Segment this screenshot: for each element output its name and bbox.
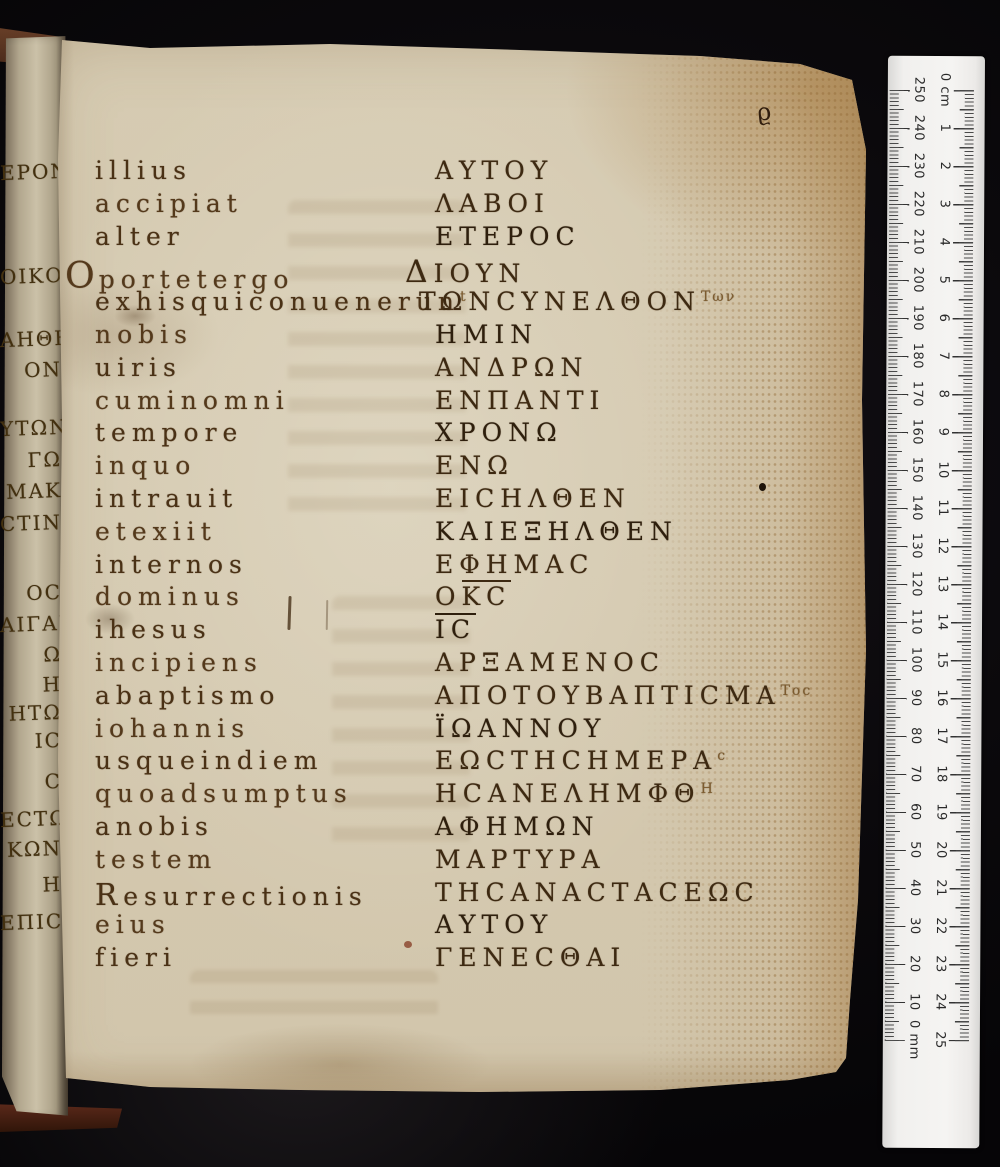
ruler-labels: 2500 cm240123022203210420051906180717081… <box>888 56 985 57</box>
ruler-mm-label: 30 <box>907 917 922 935</box>
ruler-mm-label: 100 <box>908 647 923 673</box>
ruler-mm-label: 110 <box>908 609 923 635</box>
margin-fragment: Η <box>0 672 62 698</box>
manuscript-line: UIRISΑΝΔΡΩΝ <box>95 353 835 386</box>
margin-fragment: ΑΙΓΑΡ <box>0 611 62 637</box>
ruler-mm-label: 60 <box>907 803 922 821</box>
margin-fragment: CΤΙΝ <box>0 510 62 536</box>
manuscript-line: TEMPOREΧΡΟΝΩ <box>95 418 835 451</box>
ruler-cm-label: 7 <box>936 352 951 361</box>
greek-text: ΗΜΙΝ <box>435 320 538 349</box>
manuscript-line: ACCIPIATΛΑΒΟΙ <box>95 189 835 222</box>
margin-fragment: ΟΙΚΟΥC <box>0 263 62 289</box>
ruler-cm-label: 14 <box>934 613 949 631</box>
greek-text: ΑΥΤΟΥ <box>435 910 553 939</box>
manuscript-line: ETEXIITΚΑΙΕΞΗΛΘΕΝ <box>95 517 835 550</box>
ruler-cm-label: 17 <box>934 727 949 745</box>
margin-fragment: C <box>0 769 62 795</box>
ruler-mm-label: 70 <box>908 765 923 783</box>
ruler-mm-label: 150 <box>909 457 924 483</box>
ruler-cm-label: 2 <box>937 162 952 171</box>
greek-text: ΗCΑΝΕΛΗΜΦΘΗ <box>435 779 715 808</box>
greek-text: ΑΡΞΑΜΕΝΟC <box>435 648 665 677</box>
ruler-cm-label: 13 <box>935 575 950 593</box>
greek-text: ΑΥΤΟΥ <box>435 156 553 185</box>
manuscript-line: INTRAUITΕΙCΗΛΘΕΝ <box>95 484 835 517</box>
latin-text: UIRIS <box>95 353 182 382</box>
margin-fragment: ΕCΤΩ <box>0 806 62 832</box>
ruler-cm-label: 1 <box>937 124 952 133</box>
greek-superscript: ϲ <box>717 748 727 764</box>
margin-fragment: ΥΤΩΝ <box>0 415 62 441</box>
ruler-cm-label: 21 <box>933 879 948 897</box>
margin-fragment: Η <box>0 872 62 898</box>
ruler-mm-label: 90 <box>908 689 923 707</box>
ruler-cm-label: 8 <box>936 390 951 399</box>
ruler-cm-label: 16 <box>934 689 949 707</box>
margin-fragment: ΓΩ <box>0 447 62 473</box>
ruler-cm-label: 5 <box>936 276 951 285</box>
ruler-mm-label: 210 <box>910 229 925 255</box>
margin-fragment: ΟΝ <box>0 357 62 383</box>
ruler-mm-label: 80 <box>908 727 923 745</box>
latin-text: TESTEM <box>95 845 217 874</box>
ruler-cm-label: 6 <box>936 314 951 323</box>
margin-fragment: ΜΑΚ <box>0 478 62 504</box>
latin-text: INCIPIENS <box>95 648 263 677</box>
latin-text: ALTER <box>95 222 185 251</box>
greek-superscript: Η <box>701 781 715 797</box>
manuscript-line: CUMINOMNIΕΝΠΑΝΤΙ <box>95 386 835 419</box>
manuscript-line: INTERNOSΕΦΗΜΑC <box>95 550 835 583</box>
greek-text: ΕΙCΗΛΘΕΝ <box>435 484 631 513</box>
manuscript-photograph: ΕΡΟΝΟΙΚΟΥCΑΗΘΗΝΑΟΝΥΤΩΝΓΩΜΑΚCΤΙΝΟCΑΙΓΑΡΩΗ… <box>0 0 1000 1167</box>
latin-text: IHESUS <box>95 615 212 644</box>
margin-fragment: ΗΤΩ <box>0 700 62 726</box>
margin-fragment: ΑΗΘΗΝΑ <box>0 326 62 352</box>
greek-text: ΔΙΟΥΝ <box>405 254 526 290</box>
ruler-mm-ticks-right <box>947 90 974 1041</box>
manuscript-line: NOBISΗΜΙΝ <box>95 320 835 353</box>
greek-text: ΑΝΔΡΩΝ <box>435 353 588 382</box>
margin-fragment: ΕΠΙCΚ <box>0 909 62 935</box>
greek-text: ΤΗCΑΝΑCΤΑCΕΩC <box>435 878 760 907</box>
latin-text: ABAPTISMO <box>95 681 280 710</box>
manuscript-line: FIERIΓΕΝΕCΘΑΙ <box>95 943 835 976</box>
greek-text: ΕΝΠΑΝΤΙ <box>435 386 605 415</box>
manuscript-line: DOMINUSΟΚC <box>95 582 835 615</box>
ruler-mm-label: 40 <box>907 879 922 897</box>
ruler-mm-label: 120 <box>909 571 924 597</box>
greek-text: ΜΑΡΤΥΡΑ <box>435 845 606 874</box>
latin-text: ETEXIIT <box>95 517 217 546</box>
margin-fragment: ΕΡΟΝ <box>0 159 62 185</box>
manuscript-line: RESURRECTIONISΤΗCΑΝΑCΤΑCΕΩC <box>95 878 835 911</box>
margin-fragment: ΟC <box>0 580 62 606</box>
manuscript-line: ILLIUSΑΥΤΟΥ <box>95 156 835 189</box>
manuscript-line: IOHANNISΪΩΑΝΝΟΥ <box>95 714 835 747</box>
greek-text: ΕΩCΤΗCΗΜΕΡΑϲ <box>435 746 727 775</box>
ruler-cm-label: 12 <box>935 537 950 555</box>
latin-text: CUMINOMNI <box>95 386 290 415</box>
margin-fragment: ΚΩΝ <box>0 836 62 862</box>
greek-text: ΚΑΙΕΞΗΛΘΕΝ <box>435 517 678 546</box>
ruler-mm-label: 140 <box>909 495 924 521</box>
latin-text: INTERNOS <box>95 550 248 579</box>
manuscript-line: IHESUSΙC <box>95 615 835 648</box>
ruler-cm-label: 22 <box>933 917 948 935</box>
nomen-sacrum: ΙC <box>435 613 476 644</box>
ruler-cm-label: 23 <box>933 955 948 973</box>
ruler-mm-label: 10 <box>907 993 922 1011</box>
ruler-mm-label: 250 <box>911 77 926 103</box>
manuscript-line: INCIPIENSΑΡΞΑΜΕΝΟC <box>95 648 835 681</box>
ruler-cm-label: 25 <box>932 1031 947 1049</box>
ruler-cm-label: 4 <box>937 238 952 247</box>
manuscript-line: EXHISQUICONUENERUNTΤΩΝCΥΝΕΛΘΟΝΤων <box>95 287 835 320</box>
latin-text: ACCIPIAT <box>95 189 243 218</box>
margin-fragment: ΙC <box>0 728 62 754</box>
manuscript-line: TESTEMΜΑΡΤΥΡΑ <box>95 845 835 878</box>
ruler-cm-label: 3 <box>937 200 952 209</box>
latin-text: INQUO <box>95 451 196 480</box>
margin-fragment: Ω <box>0 642 62 668</box>
ruler-cm-label: 24 <box>933 993 948 1011</box>
manuscript-line: ABAPTISMOΑΠΟΤΟΥΒΑΠΤΙCΜΑΤοϲ <box>95 681 835 714</box>
ruler-cm-label: 0 cm <box>937 73 952 107</box>
ruler-mm-label: 240 <box>911 115 926 141</box>
greek-text: ΕΤΕΡΟC <box>435 222 581 251</box>
greek-text: ΛΑΒΟΙ <box>435 189 550 218</box>
latin-text: EIUS <box>95 910 171 939</box>
latin-text: ANOBIS <box>95 812 214 841</box>
ruler-mm-label: 230 <box>911 153 926 179</box>
manuscript-line: ALTERΕΤΕΡΟC <box>95 222 835 255</box>
latin-text: QUOADSUMPTUS <box>95 779 353 808</box>
greek-text: ΧΡΟΝΩ <box>435 418 563 447</box>
latin-text: RESURRECTIONIS <box>95 878 368 912</box>
ruler-mm-label: 190 <box>910 305 925 331</box>
latin-text: DOMINUS <box>95 582 245 611</box>
ruler-cm-label: 11 <box>935 499 950 517</box>
ruler-mm-label: 180 <box>910 343 925 369</box>
greek-text: ΓΕΝΕCΘΑΙ <box>435 943 626 972</box>
ruler-mm-label: 160 <box>909 419 924 445</box>
manuscript-line: OPORTETERGOΔΙΟΥΝ <box>95 254 835 287</box>
greek-text: ΑΦΗΜΩΝ <box>435 812 600 841</box>
ruler-mm-label: 220 <box>911 191 926 217</box>
latin-text: EXHISQUICONUENERUNT <box>95 287 468 316</box>
manuscript-line: EIUSΑΥΤΟΥ <box>95 910 835 943</box>
folio-mark: ϱ <box>756 97 773 126</box>
latin-text: FIERI <box>95 943 177 972</box>
ruler-cm-label: 19 <box>933 803 948 821</box>
latin-text: INTRAUIT <box>95 484 238 513</box>
greek-text: ΙC <box>435 615 476 644</box>
ruler-cm-label: 20 <box>933 841 948 859</box>
manuscript-line: INQUOΕΝΩ <box>95 451 835 484</box>
measurement-ruler: 2500 cm240123022203210420051906180717081… <box>882 56 985 1148</box>
greek-text: ΑΠΟΤΟΥΒΑΠΤΙCΜΑΤοϲ <box>435 681 812 710</box>
ruler-cm-label: 10 <box>935 461 950 479</box>
ruler-mm-label: 50 <box>907 841 922 859</box>
manuscript-line: ANOBISΑΦΗΜΩΝ <box>95 812 835 845</box>
ruler-mm-ticks-left <box>885 90 912 1041</box>
ruler-mm-label: 20 <box>907 955 922 973</box>
ruler-mm-label: 0 mm <box>906 1020 921 1060</box>
latin-text: IOHANNIS <box>95 714 250 743</box>
greek-text: ΪΩΑΝΝΟΥ <box>435 714 606 743</box>
latin-text: TEMPORE <box>95 418 243 447</box>
manuscript-line: USQUEINDIEMΕΩCΤΗCΗΜΕΡΑϲ <box>95 746 835 779</box>
latin-text: USQUEINDIEM <box>95 746 323 775</box>
ink-speck <box>759 483 766 491</box>
ruler-cm-label: 15 <box>934 651 949 669</box>
greek-superscript: Των <box>701 289 736 305</box>
ruler-mm-label: 170 <box>910 381 925 407</box>
ruler-mm-label: 130 <box>909 533 924 559</box>
latin-text: NOBIS <box>95 320 193 349</box>
ruler-cm-label: 9 <box>936 428 951 437</box>
ruler-mm-label: 200 <box>910 267 925 293</box>
greek-text: ΕΦΗΜΑC <box>435 550 594 579</box>
greek-text: ΤΩΝCΥΝΕΛΘΟΝΤων <box>419 287 736 316</box>
nomen-sacrum: ΚC <box>462 580 512 611</box>
red-stain-speck <box>404 941 412 948</box>
greek-text: ΕΝΩ <box>435 451 514 480</box>
greek-superscript: Τοϲ <box>781 683 813 699</box>
ruler-cm-label: 18 <box>934 765 949 783</box>
greek-text: ΟΚC <box>435 582 511 611</box>
manuscript-line: QUOADSUMPTUSΗCΑΝΕΛΗΜΦΘΗ <box>95 779 835 812</box>
bilingual-text-block: ILLIUSΑΥΤΟΥACCIPIATΛΑΒΟΙALTERΕΤΕΡΟCOPORT… <box>95 156 835 1006</box>
latin-text: ILLIUS <box>95 156 192 185</box>
